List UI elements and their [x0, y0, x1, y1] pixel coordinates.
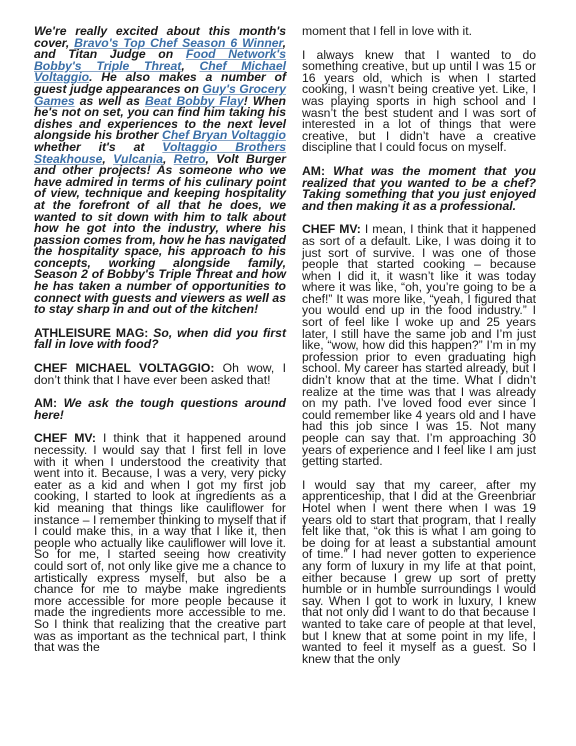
left-column: We're really excited about this month's …: [34, 26, 286, 654]
question-1: ATHLEISURE MAG: So, when did you first f…: [34, 328, 286, 351]
answer-3-continued: I would say that my career, after my app…: [302, 480, 536, 666]
answer-2: CHEF MV: I think that it happened around…: [34, 433, 286, 653]
right-column: moment that I fell in love with it. I al…: [302, 26, 536, 677]
answer-text: I always knew that I wanted to do someth…: [302, 48, 536, 155]
answer-1: CHEF MICHAEL VOLTAGGIO: Oh wow, I don’t …: [34, 363, 286, 386]
question-text: What was the moment that you realized th…: [302, 164, 536, 213]
answer-text: I mean, I think that it happened as sort…: [302, 222, 536, 468]
question-3: AM: What was the moment that you realize…: [302, 166, 536, 212]
intro-paragraph: We're really excited about this month's …: [34, 26, 286, 316]
question-text: We ask the tough questions around here!: [34, 396, 286, 422]
answer-text: I think that it happened around necessit…: [34, 431, 286, 654]
answer-3: CHEF MV: I mean, I think that it happene…: [302, 224, 536, 467]
answer-2-continued: I always knew that I wanted to do someth…: [302, 50, 536, 154]
question-2: AM: We ask the tough questions around he…: [34, 398, 286, 421]
intro-text: , Volt Burger and other projects! As som…: [34, 152, 286, 317]
answer-text: I would say that my career, after my app…: [302, 478, 536, 666]
answer-2-tail: moment that I fell in love with it.: [302, 26, 536, 38]
magazine-page: We're really excited about this month's …: [0, 0, 576, 746]
